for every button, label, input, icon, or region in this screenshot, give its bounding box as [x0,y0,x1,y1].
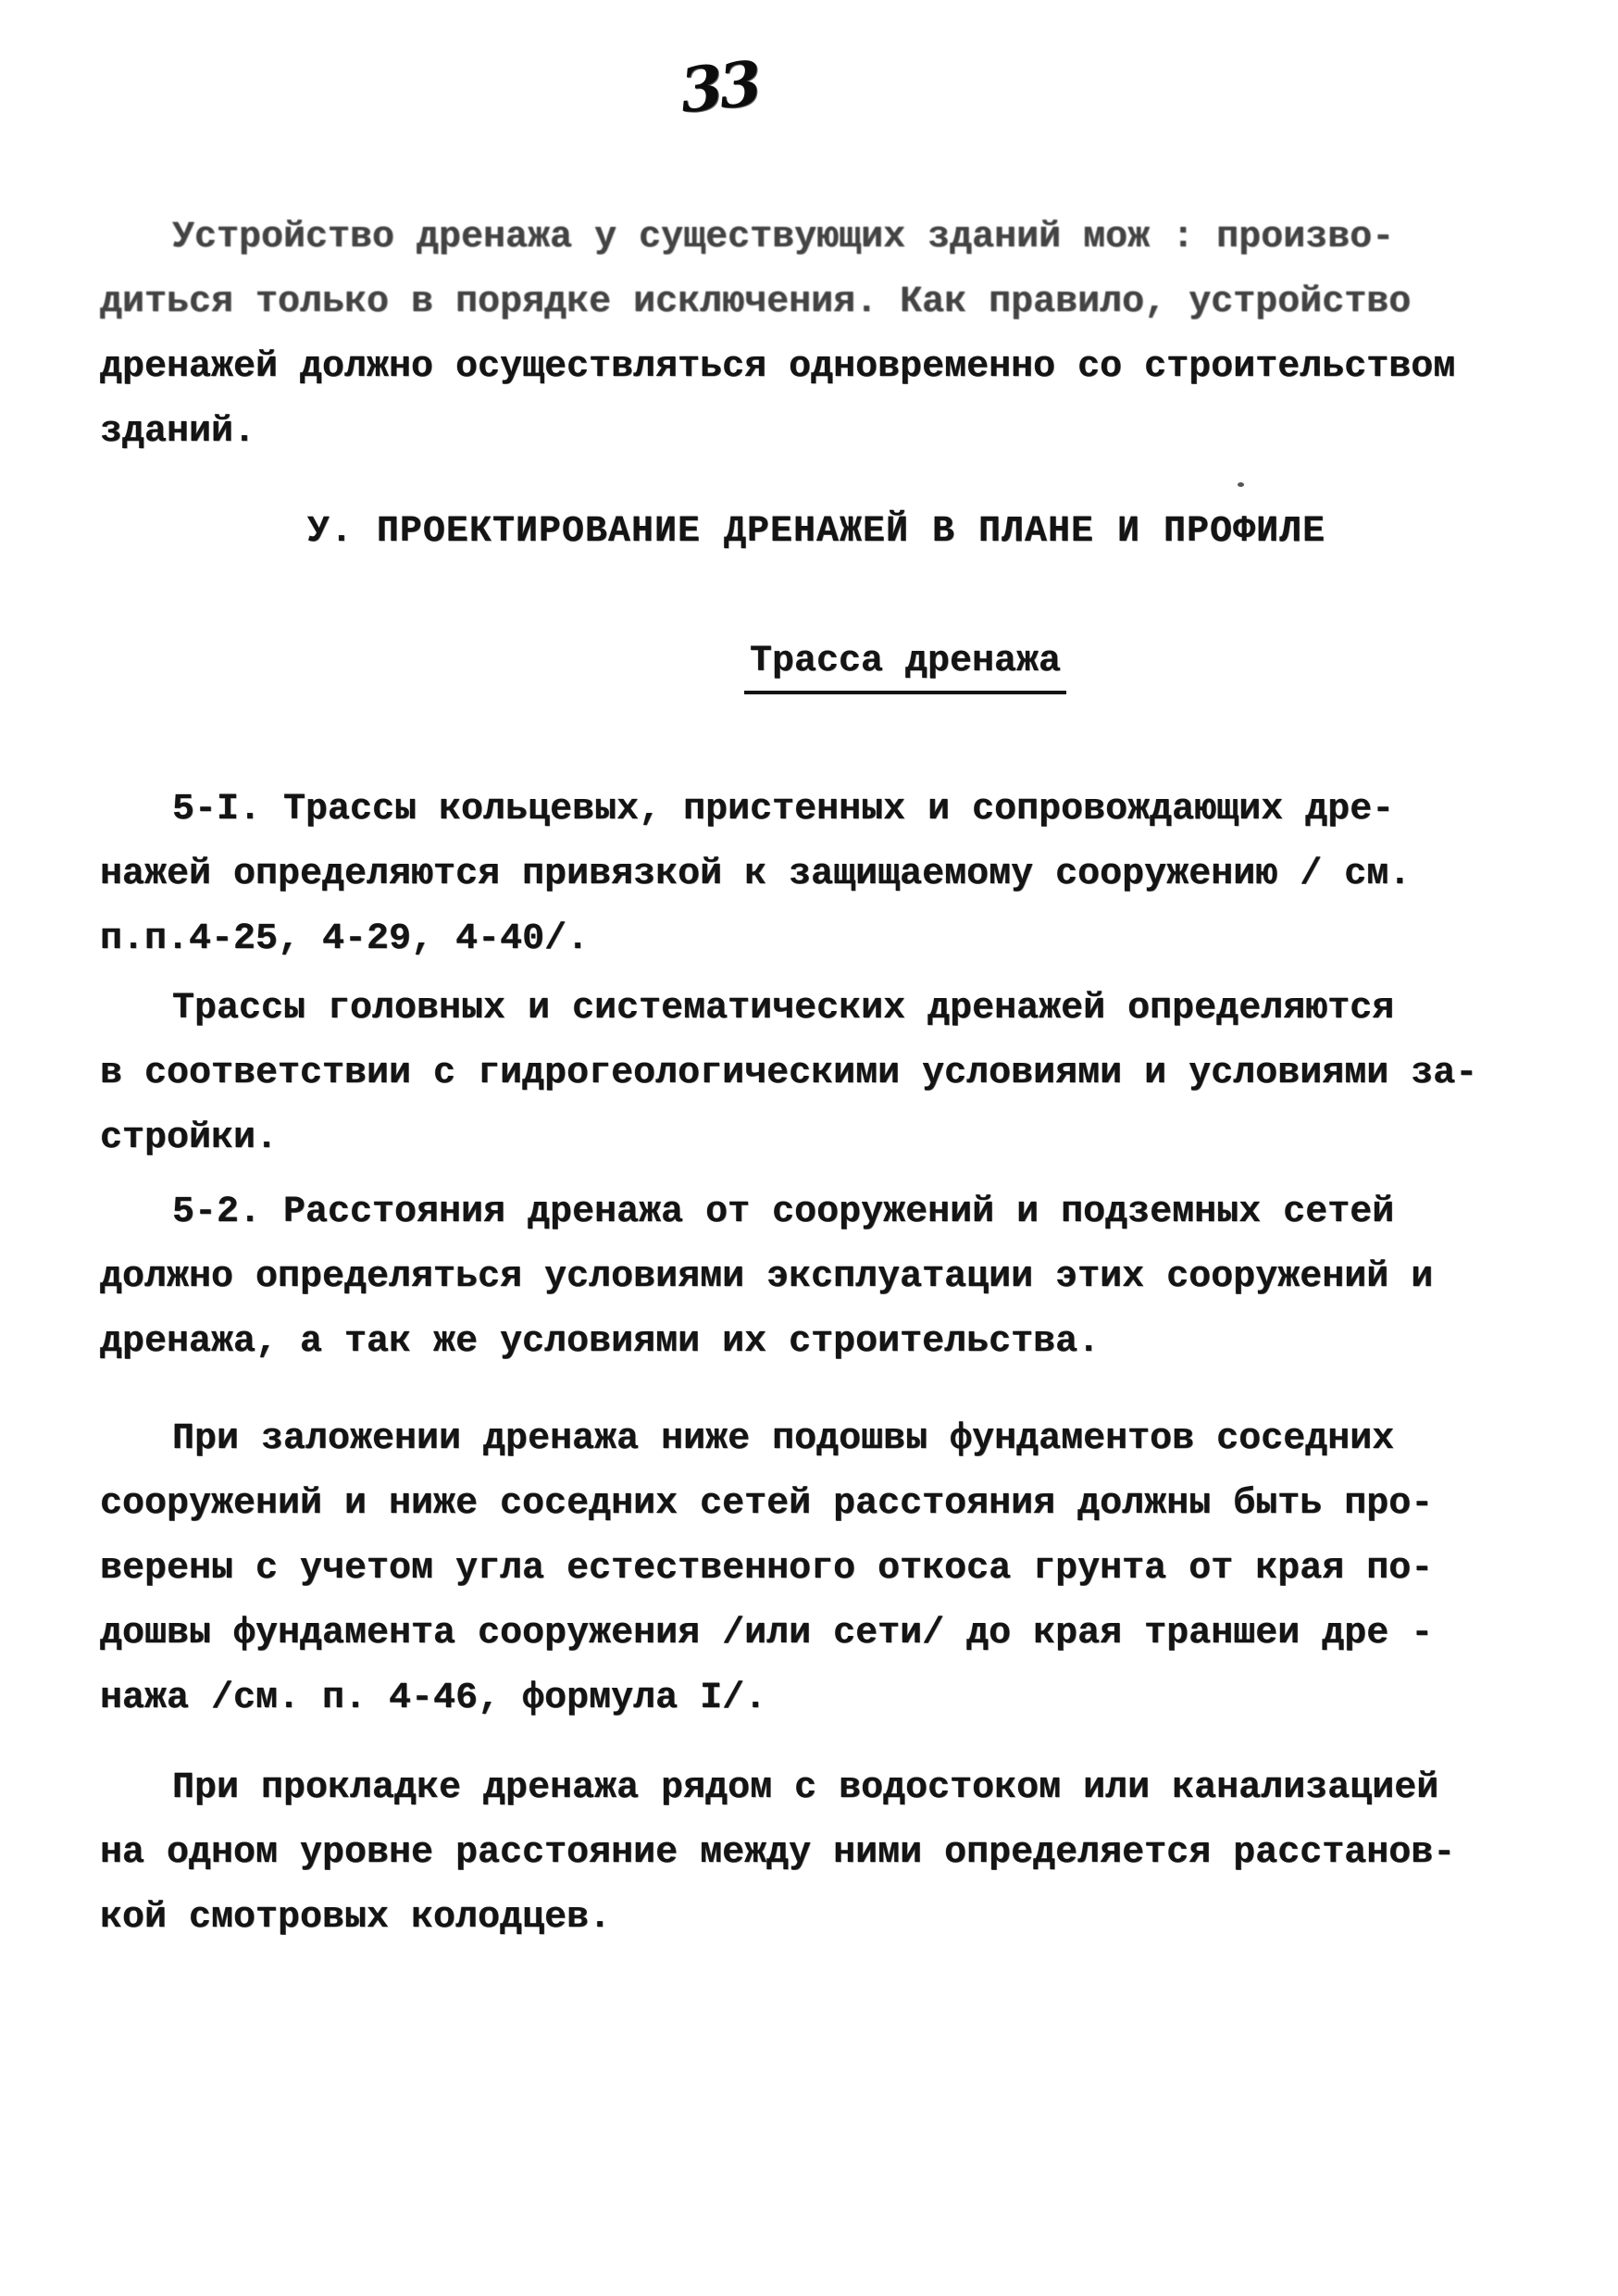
text-line: диться только в порядке исключения. Как … [100,270,1533,335]
text-line: дренажей должно осуществляться одновреме… [100,335,1533,400]
document-text-block: Устройство дренажа у существующих зданий… [100,0,1533,1951]
document-page: 33 Устройство дренажа у существующих зда… [0,0,1618,2296]
text-line: стройки. [100,1106,1533,1171]
text-line: зданий. [100,400,1533,465]
text-line: нажа /см. п. 4-46, формула I/. [100,1666,1533,1731]
text-line: Устройство дренажа у существующих зданий… [100,206,1533,270]
text-line: кой смотровых колодцев. [100,1886,1533,1951]
text-line: сооружений и ниже соседних сетей расстоя… [100,1472,1533,1537]
text-line: 5-2. Расстояния дренажа от сооружений и … [100,1180,1533,1245]
paragraph-trassy: Трассы головных и систематических дренаж… [100,977,1533,1171]
paragraph-5-2: 5-2. Расстояния дренажа от сооружений и … [100,1180,1533,1375]
text-line: При прокладке дренажа рядом с водостоком… [100,1756,1533,1821]
text-line: в соответствии с гидрогеологическими усл… [100,1042,1533,1106]
text-line: Трассы головных и систематических дренаж… [100,977,1533,1042]
paragraph-prokladka: При прокладке дренажа рядом с водостоком… [100,1756,1533,1951]
sub-heading: Трасса дренажа [100,565,1533,759]
text-line: должно определяться условиями эксплуатац… [100,1245,1533,1310]
text-line: При заложении дренажа ниже подошвы фунда… [100,1407,1533,1472]
paragraph-intro: Устройство дренажа у существующих зданий… [100,206,1533,465]
text-line: на одном уровне расстояние между ними оп… [100,1821,1533,1886]
text-line: дошвы фундамента сооружения /или сети/ д… [100,1602,1533,1666]
text-line: п.п.4-25, 4-29, 4-40/. [100,907,1533,972]
text-line: верены с учетом угла естественного откос… [100,1537,1533,1602]
text-line: 5-I. Трассы кольцевых, пристенных и сопр… [100,778,1533,842]
paragraph-5-1: 5-I. Трассы кольцевых, пристенных и сопр… [100,778,1533,972]
sub-heading-block: Трасса дренажа [100,565,1533,759]
sub-heading-text: Трасса дренажа [744,635,1066,694]
text-line: нажей определяются привязкой к защищаемо… [100,842,1533,907]
section-heading-block: У. ПРОЕКТИРОВАНИЕ ДРЕНАЖЕЙ В ПЛАНЕ И ПРО… [100,500,1533,565]
text-line: дренажа, а так же условиями их строитель… [100,1310,1533,1375]
section-heading: У. ПРОЕКТИРОВАНИЕ ДРЕНАЖЕЙ В ПЛАНЕ И ПРО… [100,500,1533,565]
paragraph-zalozhenie: При заложении дренажа ниже подошвы фунда… [100,1407,1533,1731]
